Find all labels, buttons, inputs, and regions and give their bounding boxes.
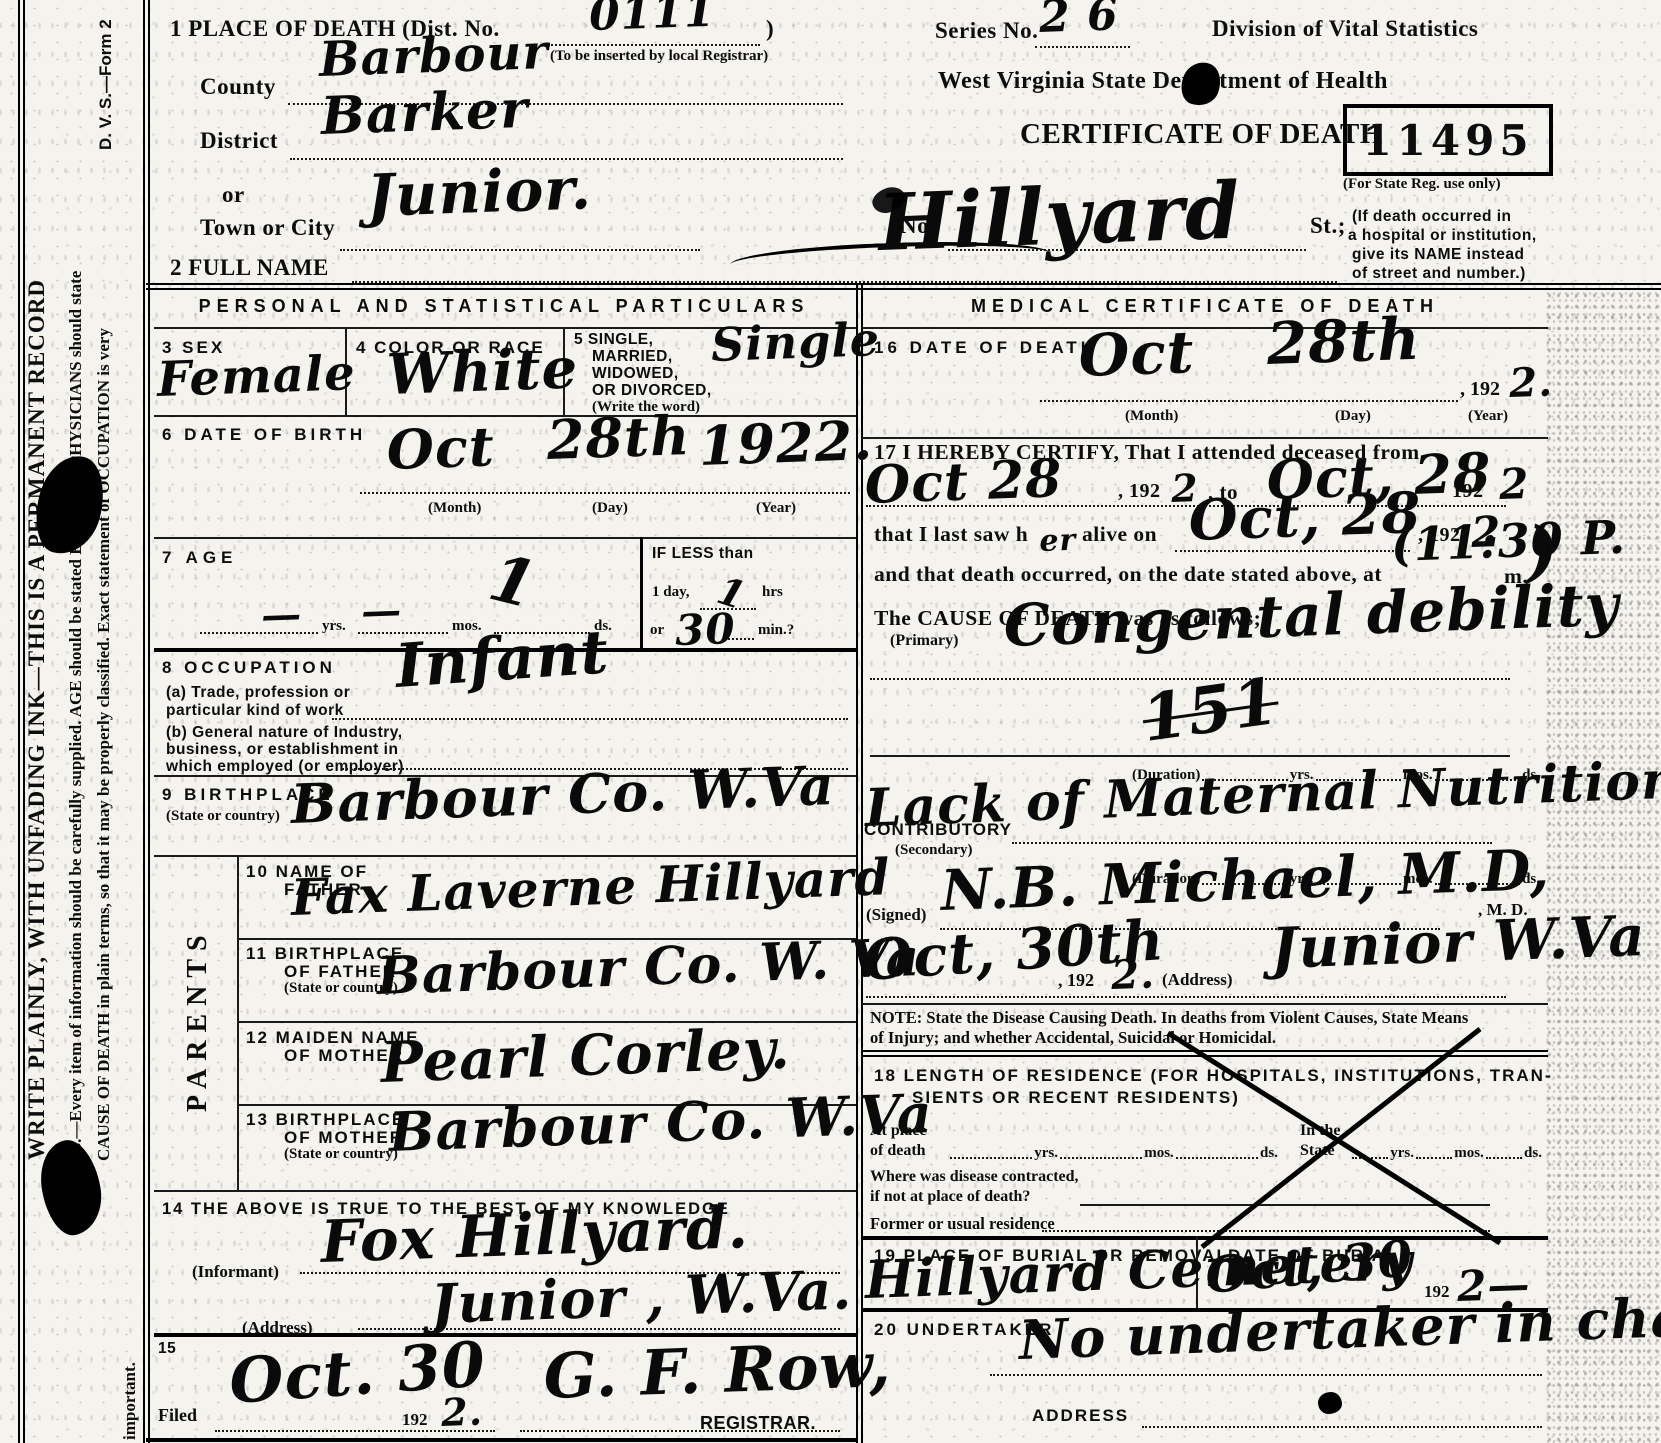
if-less-note-line2: 1 day,: [652, 584, 690, 601]
ds-note: ds.: [1524, 1145, 1542, 1162]
birthplace-state-note: (State or country): [166, 808, 280, 825]
day-note: (Day): [592, 500, 628, 517]
occupation-b-line1: (b) General nature of Industry,: [166, 724, 403, 742]
division-title: Division of Vital Statistics: [1212, 16, 1478, 42]
hrs-note: hrs: [762, 584, 783, 601]
if-less-note-line1: IF LESS than: [652, 545, 754, 563]
hospital-note-line2: a hospital or institution,: [1348, 227, 1537, 245]
full-name-label: 2 FULL NAME: [170, 255, 329, 281]
attended-from-value: Oct 28: [864, 448, 1063, 516]
personal-section-title: PERSONAL AND STATISTICAL PARTICULARS: [154, 296, 854, 317]
filed-number-label: 15: [158, 1340, 176, 1358]
physician-address-note: (Address): [1162, 970, 1233, 990]
medical-section-title: MEDICAL CERTIFICATE OF DEATH: [862, 296, 1548, 317]
signed-year-handwritten: 2.: [1110, 951, 1155, 999]
hospital-note-line1: (If death occurred in: [1352, 208, 1512, 226]
or-label: or: [222, 182, 245, 208]
her-handwritten: er: [1039, 523, 1077, 559]
filed-label: Filed: [158, 1405, 197, 1426]
month-note: (Month): [428, 500, 481, 517]
death-year-printed: , 192: [1460, 378, 1500, 401]
header-divider: [146, 283, 1661, 290]
last-saw-label: that I last saw h: [874, 522, 1028, 547]
certificate-number-box: 11495: [1343, 104, 1553, 176]
district-number-value: 0111: [588, 0, 716, 41]
rule: [862, 1003, 1548, 1005]
margin-rule: [143, 0, 150, 1443]
crossed-out-mark: [1150, 1025, 1520, 1250]
parents-group-label: PARENTS: [182, 870, 214, 1170]
filed-year-handwritten: 2.: [440, 1389, 483, 1435]
minutes-value: 30: [674, 604, 736, 655]
ink-blot: [1176, 57, 1227, 111]
death-certificate-scan: D. V. S.—Form 2 WRITE PLAINLY, WITH UNFA…: [0, 0, 1661, 1443]
department-title: West Virginia State Department of Health: [938, 68, 1388, 95]
attended-to-year-handwritten: 2: [1498, 459, 1530, 509]
death-month-note: (Month): [1125, 408, 1178, 425]
informant-note: (Informant): [192, 1262, 279, 1282]
series-no-label: Series No.: [935, 18, 1038, 44]
fill-line: [1060, 1157, 1142, 1159]
certificate-title: CERTIFICATE OF DEATH: [1020, 118, 1383, 151]
min-note: min.?: [758, 622, 794, 639]
birth-day-value: 28th: [546, 403, 692, 472]
town-city-label: Town or City: [200, 215, 335, 241]
death-year-handwritten: 2.: [1508, 359, 1553, 407]
rule: [154, 537, 856, 539]
father-name-value: Fax Laverne Hillyard: [290, 847, 891, 927]
alive-on-label: alive on: [1082, 522, 1157, 547]
death-month-value: Oct: [1078, 318, 1196, 390]
margin-important-note: important.: [120, 1120, 140, 1440]
yrs-note: yrs.: [322, 618, 346, 635]
registrar-signature: G. F. Row,: [542, 1328, 892, 1413]
fill-line: [1142, 1426, 1542, 1428]
marital-value: Single: [710, 312, 881, 372]
fill-line: [548, 44, 760, 46]
primary-note: (Primary): [890, 632, 958, 650]
occupation-a-line1: (a) Trade, profession or: [166, 684, 350, 702]
color-race-value: White: [386, 335, 580, 408]
registrar-label: REGISTRAR.: [700, 1413, 816, 1434]
rule: [862, 327, 1548, 329]
fill-line: [340, 249, 700, 251]
informant-address-value: Junior , W.Va.: [430, 1257, 853, 1336]
death-day-value: 28th: [1266, 305, 1422, 378]
margin-cause-note: CAUSE OF DEATH in plain terms, so that i…: [94, 50, 114, 1440]
district-value: Barker: [320, 79, 530, 147]
fill-line: [990, 1374, 1542, 1376]
hospital-note-line4: of street and number.): [1352, 265, 1526, 283]
rule: [862, 437, 1548, 439]
or-note: or: [650, 622, 664, 639]
mother-maiden-name-value: Pearl Corley.: [380, 1016, 792, 1096]
death-year-note: (Year): [1468, 408, 1508, 425]
page-edge-rule: [18, 0, 25, 1443]
occupation-value: Infant: [393, 617, 611, 702]
age-subbox-divider: [640, 537, 643, 648]
state-reg-note: (For State Reg. use only): [1343, 176, 1501, 193]
attended-from-year-printed: , 192: [1118, 480, 1161, 503]
mother-birthplace-label-line2: OF MOTHER: [284, 1128, 404, 1148]
occupation-label: 8 OCCUPATION: [162, 658, 336, 678]
series-no-value: 2 6: [1038, 0, 1119, 43]
margin-write-plainly: WRITE PLAINLY, WITH UNFADING INK—THIS IS…: [24, 10, 50, 1430]
registrar-insert-note: (To be inserted by local Registrar): [550, 48, 768, 65]
age-years-value: —: [260, 591, 303, 639]
fill-line: [332, 718, 848, 720]
certificate-number: 11495: [1362, 116, 1533, 165]
occupation-a-line2: particular kind of work: [166, 702, 344, 720]
fill-line: [1040, 400, 1458, 402]
marital-label-line2: MARRIED,: [592, 348, 673, 366]
marital-label-line3: WIDOWED,: [592, 365, 679, 383]
marital-label-line1: 5 SINGLE,: [574, 331, 653, 349]
filed-year-printed: 192: [402, 1410, 428, 1430]
marital-label-line4: OR DIVORCED,: [592, 382, 712, 400]
last-saw-date-value: Oct, 28: [1188, 480, 1423, 554]
mother-birthplace-label-line1: 13 BIRTHPLACE: [246, 1110, 405, 1130]
birth-month-value: Oct: [386, 414, 496, 482]
undertaker-address-label: ADDRESS: [1032, 1406, 1129, 1426]
town-city-value: Junior.: [366, 154, 593, 230]
street-label: St.;: [1310, 213, 1346, 239]
district-label: District: [200, 128, 278, 154]
hospital-note-line3: give its NAME instead: [1352, 246, 1524, 264]
signed-note: (Signed): [866, 905, 926, 925]
fill-line: [360, 492, 850, 494]
year-note: (Year): [756, 500, 796, 517]
date-of-death-label: 16 DATE OF DEATH: [874, 338, 1097, 358]
mother-birthplace-state-note: (State or country): [284, 1146, 398, 1163]
yrs-note: yrs.: [1034, 1145, 1058, 1162]
bottom-rule: [146, 1438, 858, 1442]
physician-address-value: Junior W.Va: [1270, 903, 1647, 982]
fill-line: [950, 1157, 1032, 1159]
date-of-birth-label: 6 DATE OF BIRTH: [162, 425, 366, 445]
disease-contracted-line1: Where was disease contracted,: [870, 1168, 1079, 1186]
disease-contracted-line2: if not at place of death?: [870, 1188, 1030, 1206]
sex-value: Female: [156, 345, 356, 408]
occupation-b-line2: business, or establishment in: [166, 741, 398, 759]
birth-year-value: 1922.: [698, 408, 874, 478]
fill-line: [1035, 46, 1130, 48]
ink-blot: [1318, 1392, 1342, 1414]
time-of-death-value: (11:30 P.: [1390, 510, 1627, 572]
paren-close: ): [766, 16, 774, 42]
age-months-value: —: [360, 587, 403, 635]
full-name-value: Hillyard: [877, 165, 1242, 269]
rule: [870, 755, 1510, 757]
age-label: 7 AGE: [162, 548, 237, 568]
rule: [154, 1190, 856, 1192]
death-day-note: (Day): [1335, 408, 1371, 425]
fill-line: [866, 996, 1506, 998]
age-days-value: 1: [482, 540, 544, 624]
former-residence-label: Former or usual residence: [870, 1214, 1055, 1234]
scan-noise-right-edge: [1545, 290, 1661, 1443]
county-label: County: [200, 74, 276, 100]
mother-birthplace-value: Barbour Co. W.Va: [388, 1081, 934, 1164]
